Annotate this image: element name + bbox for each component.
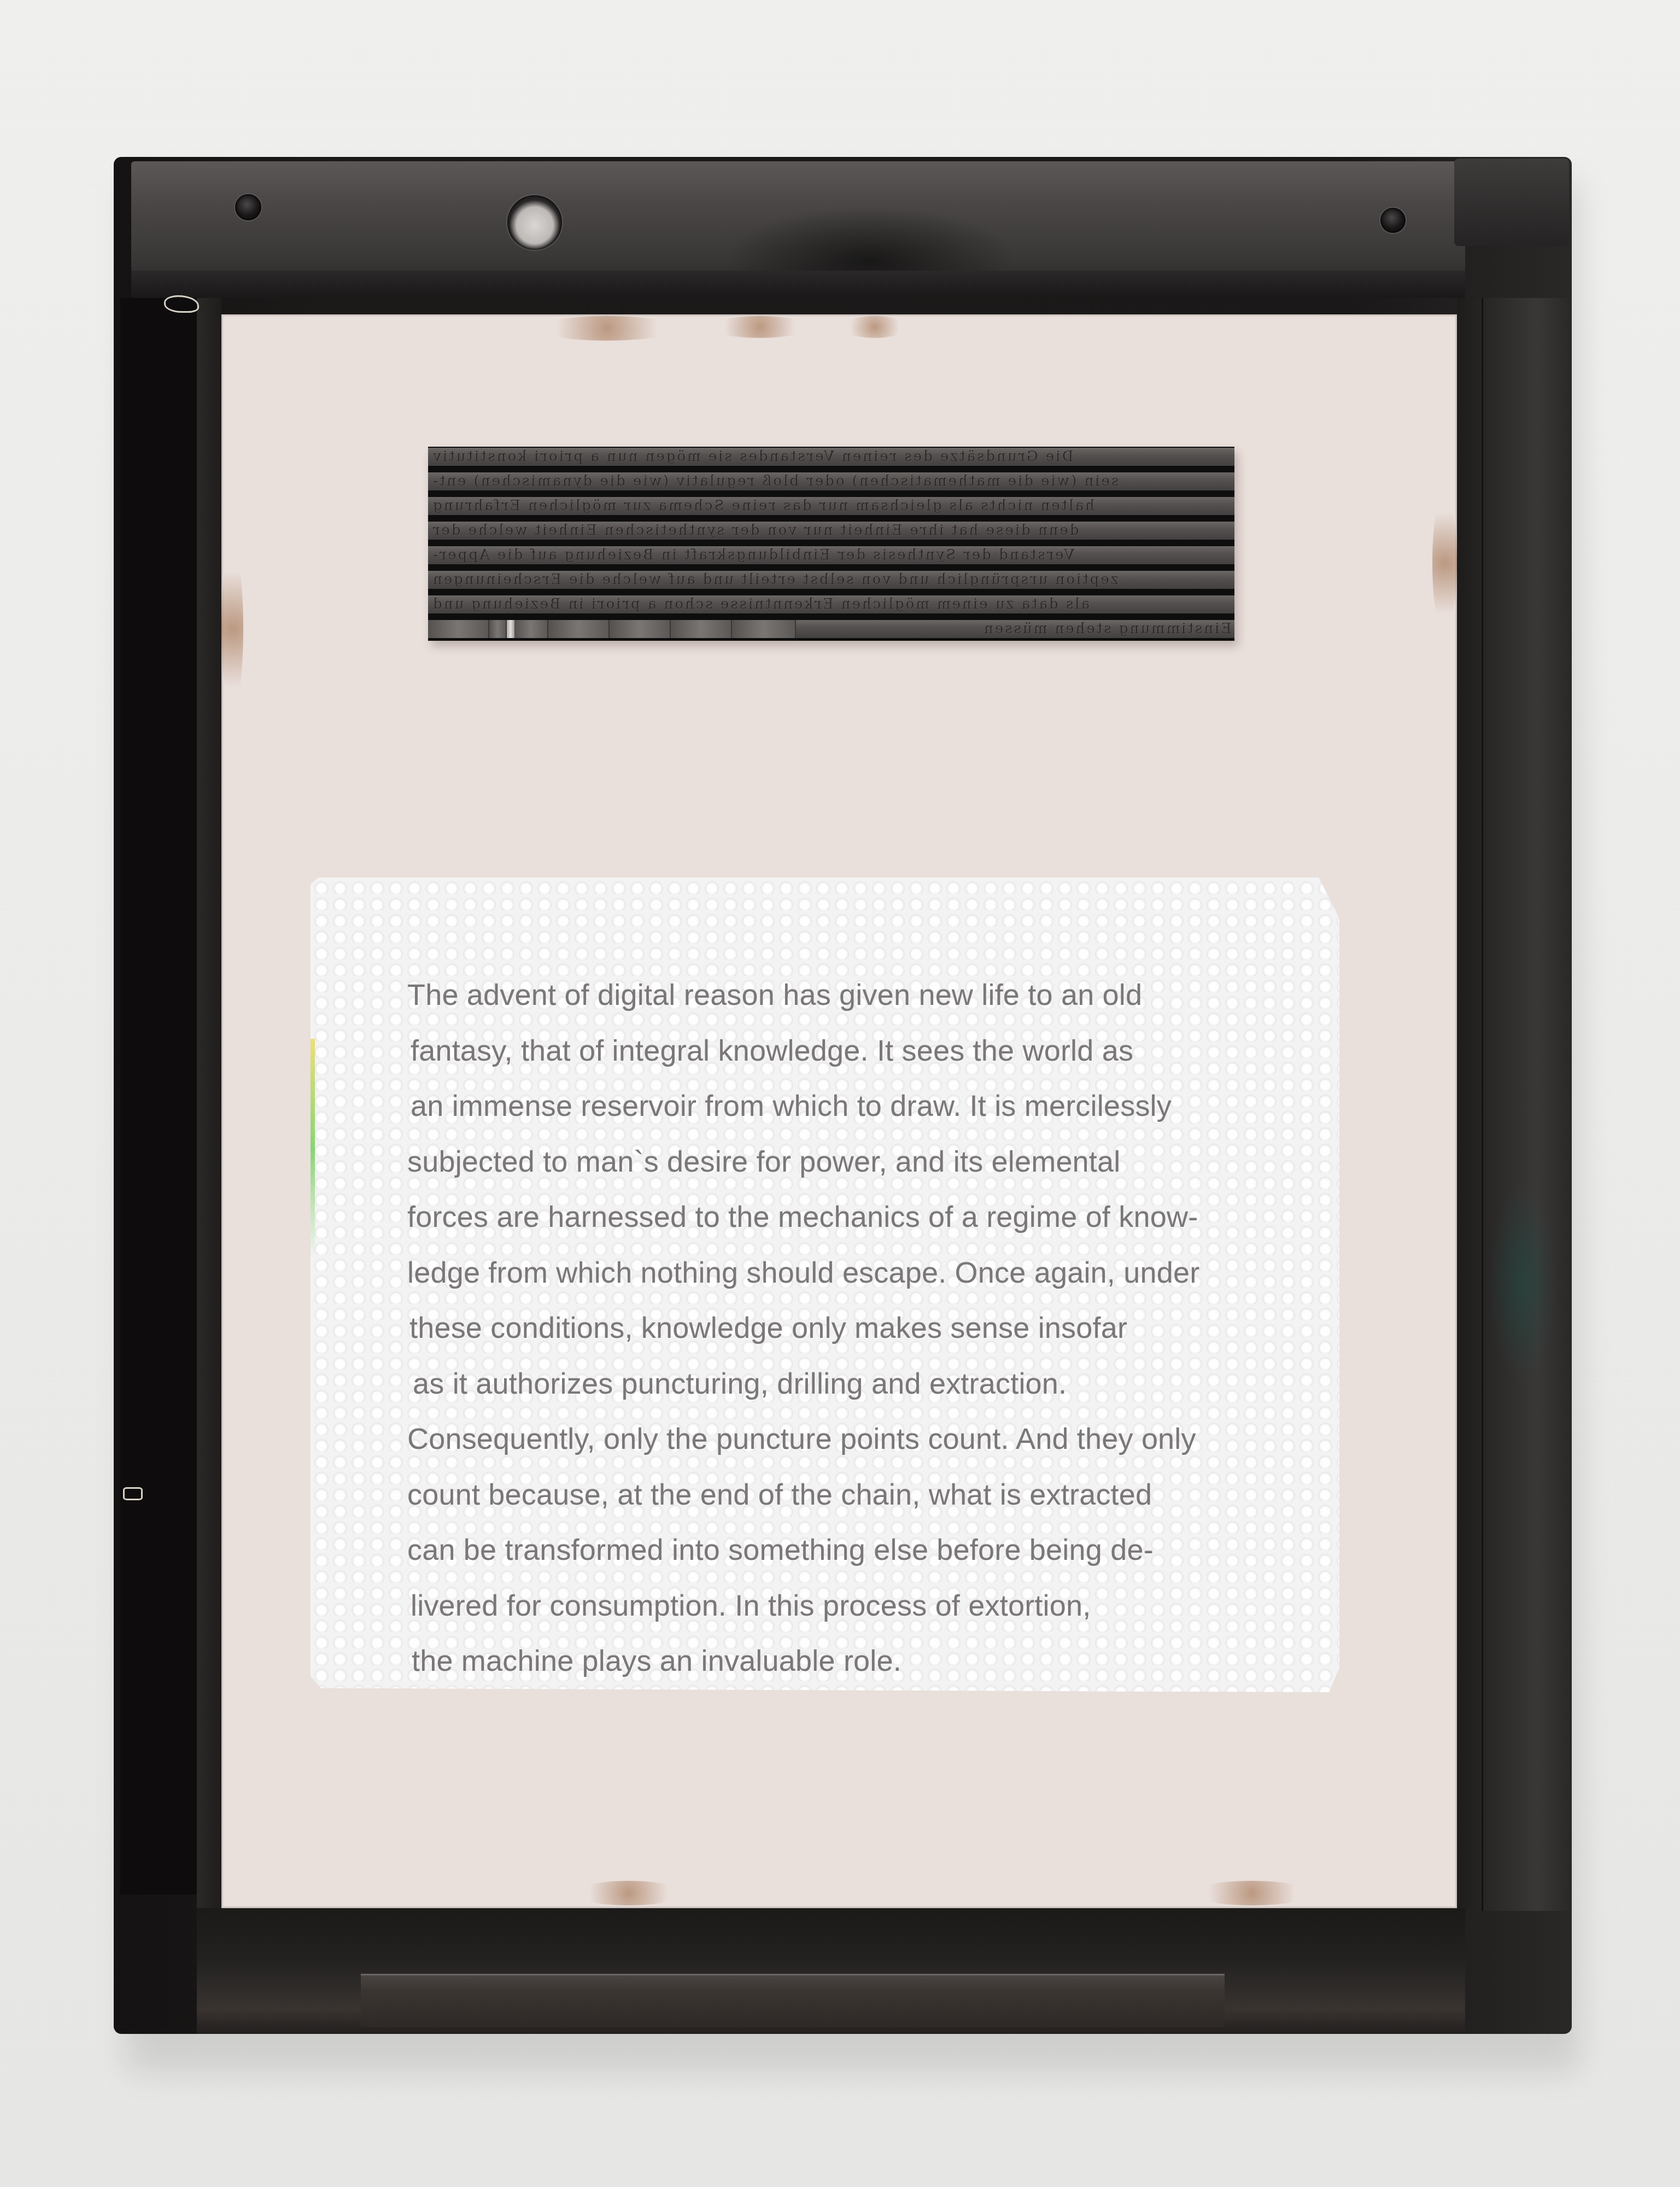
- type-row-text: Die Grundsätze des reinen Verstandes sie…: [428, 448, 1076, 466]
- galley-bottom-bevel: [361, 1974, 1225, 2027]
- metal-type-block: Die Grundsätze des reinen Verstandes sie…: [428, 447, 1234, 641]
- type-row: als data zu einem möglichen Erkenntnisse…: [428, 595, 1234, 613]
- type-spacing-lead: [514, 620, 548, 638]
- text-line: fantasy, that of integral knowledge. It …: [407, 1024, 1337, 1079]
- galley-top-rail: [131, 161, 1465, 298]
- galley-left-rail: [120, 298, 197, 1894]
- text-line: count because, at the end of the chain, …: [407, 1467, 1337, 1523]
- embossed-text: The advent of digital reason has given n…: [407, 968, 1337, 1689]
- type-spacing-lead: [548, 620, 610, 638]
- rust-stain: [1192, 1881, 1312, 1905]
- galley-left-inner-rail: [197, 298, 221, 1911]
- text-line: the machine plays an invaluable role.: [407, 1634, 1337, 1689]
- card-edge-color-tint: [311, 1039, 315, 1258]
- screw-hole-left-icon: [235, 194, 261, 220]
- text-line: can be transformed into something else b…: [407, 1523, 1337, 1578]
- type-row-text: Verstand der Synthesis der Einbildungskr…: [428, 546, 1078, 564]
- type-row-text: sein (wie die mathematischen) oder bloß …: [428, 472, 1122, 490]
- type-row-text: zeption ursprünglich und von selbst erte…: [428, 571, 1121, 589]
- type-row: Die Grundsätze des reinen Verstandes sie…: [428, 448, 1234, 466]
- type-row: Verstand der Synthesis der Einbildungskr…: [428, 546, 1234, 564]
- galley-right-rail: [1457, 298, 1572, 1911]
- rust-stain: [711, 316, 809, 338]
- type-row-text: als data zu einem möglichen Erkenntnisse…: [428, 595, 1093, 613]
- galley-top-right-lug: [1454, 159, 1569, 246]
- text-line: Consequently, only the puncture points c…: [407, 1412, 1337, 1467]
- chalk-mark: [123, 1487, 143, 1500]
- type-row-text: halten nichts als gleichsam nur das rein…: [428, 497, 1098, 515]
- galley-right-groove: [1482, 298, 1483, 1911]
- type-row: zeption ursprünglich und von selbst erte…: [428, 571, 1234, 589]
- rust-stain: [221, 547, 243, 711]
- type-row-text: denn diese hat ihre Einheit nur von der …: [428, 522, 1082, 540]
- type-row-text: Einstimmung stehen müssen: [979, 620, 1234, 638]
- type-spacing-lead: [732, 620, 796, 638]
- type-row-last: Einstimmung stehen müssen: [428, 620, 1234, 638]
- rust-stain: [842, 316, 908, 338]
- text-line: forces are harnessed to the mechanics of…: [407, 1190, 1337, 1245]
- rust-stain: [536, 316, 678, 341]
- type-spacing-lead: [610, 620, 671, 638]
- rust-stain: [574, 1881, 683, 1905]
- type-spacer: [507, 620, 514, 638]
- text-line: subjected to man`s desire for power, and…: [407, 1135, 1337, 1190]
- type-spacing-lead: [489, 620, 507, 638]
- text-line: The advent of digital reason has given n…: [407, 968, 1337, 1024]
- text-line: an immense reservoir from which to draw.…: [407, 1079, 1337, 1135]
- text-line: ledge from which nothing should escape. …: [407, 1245, 1337, 1301]
- rust-stain: [1432, 492, 1457, 634]
- hanging-hole-icon: [507, 195, 562, 250]
- type-spacing-lead: [428, 620, 489, 638]
- text-line: livered for consumption. In this process…: [407, 1578, 1337, 1634]
- text-line: these conditions, knowledge only makes s…: [407, 1301, 1337, 1356]
- type-spacing-lead: [671, 620, 732, 638]
- type-row: halten nichts als gleichsam nur das rein…: [428, 497, 1234, 515]
- text-line: as it authorizes puncturing, drilling an…: [407, 1356, 1337, 1412]
- type-row: denn diese hat ihre Einheit nur von der …: [428, 522, 1234, 540]
- screw-hole-right-icon: [1380, 208, 1406, 233]
- type-row: sein (wie die mathematischen) oder bloß …: [428, 472, 1234, 490]
